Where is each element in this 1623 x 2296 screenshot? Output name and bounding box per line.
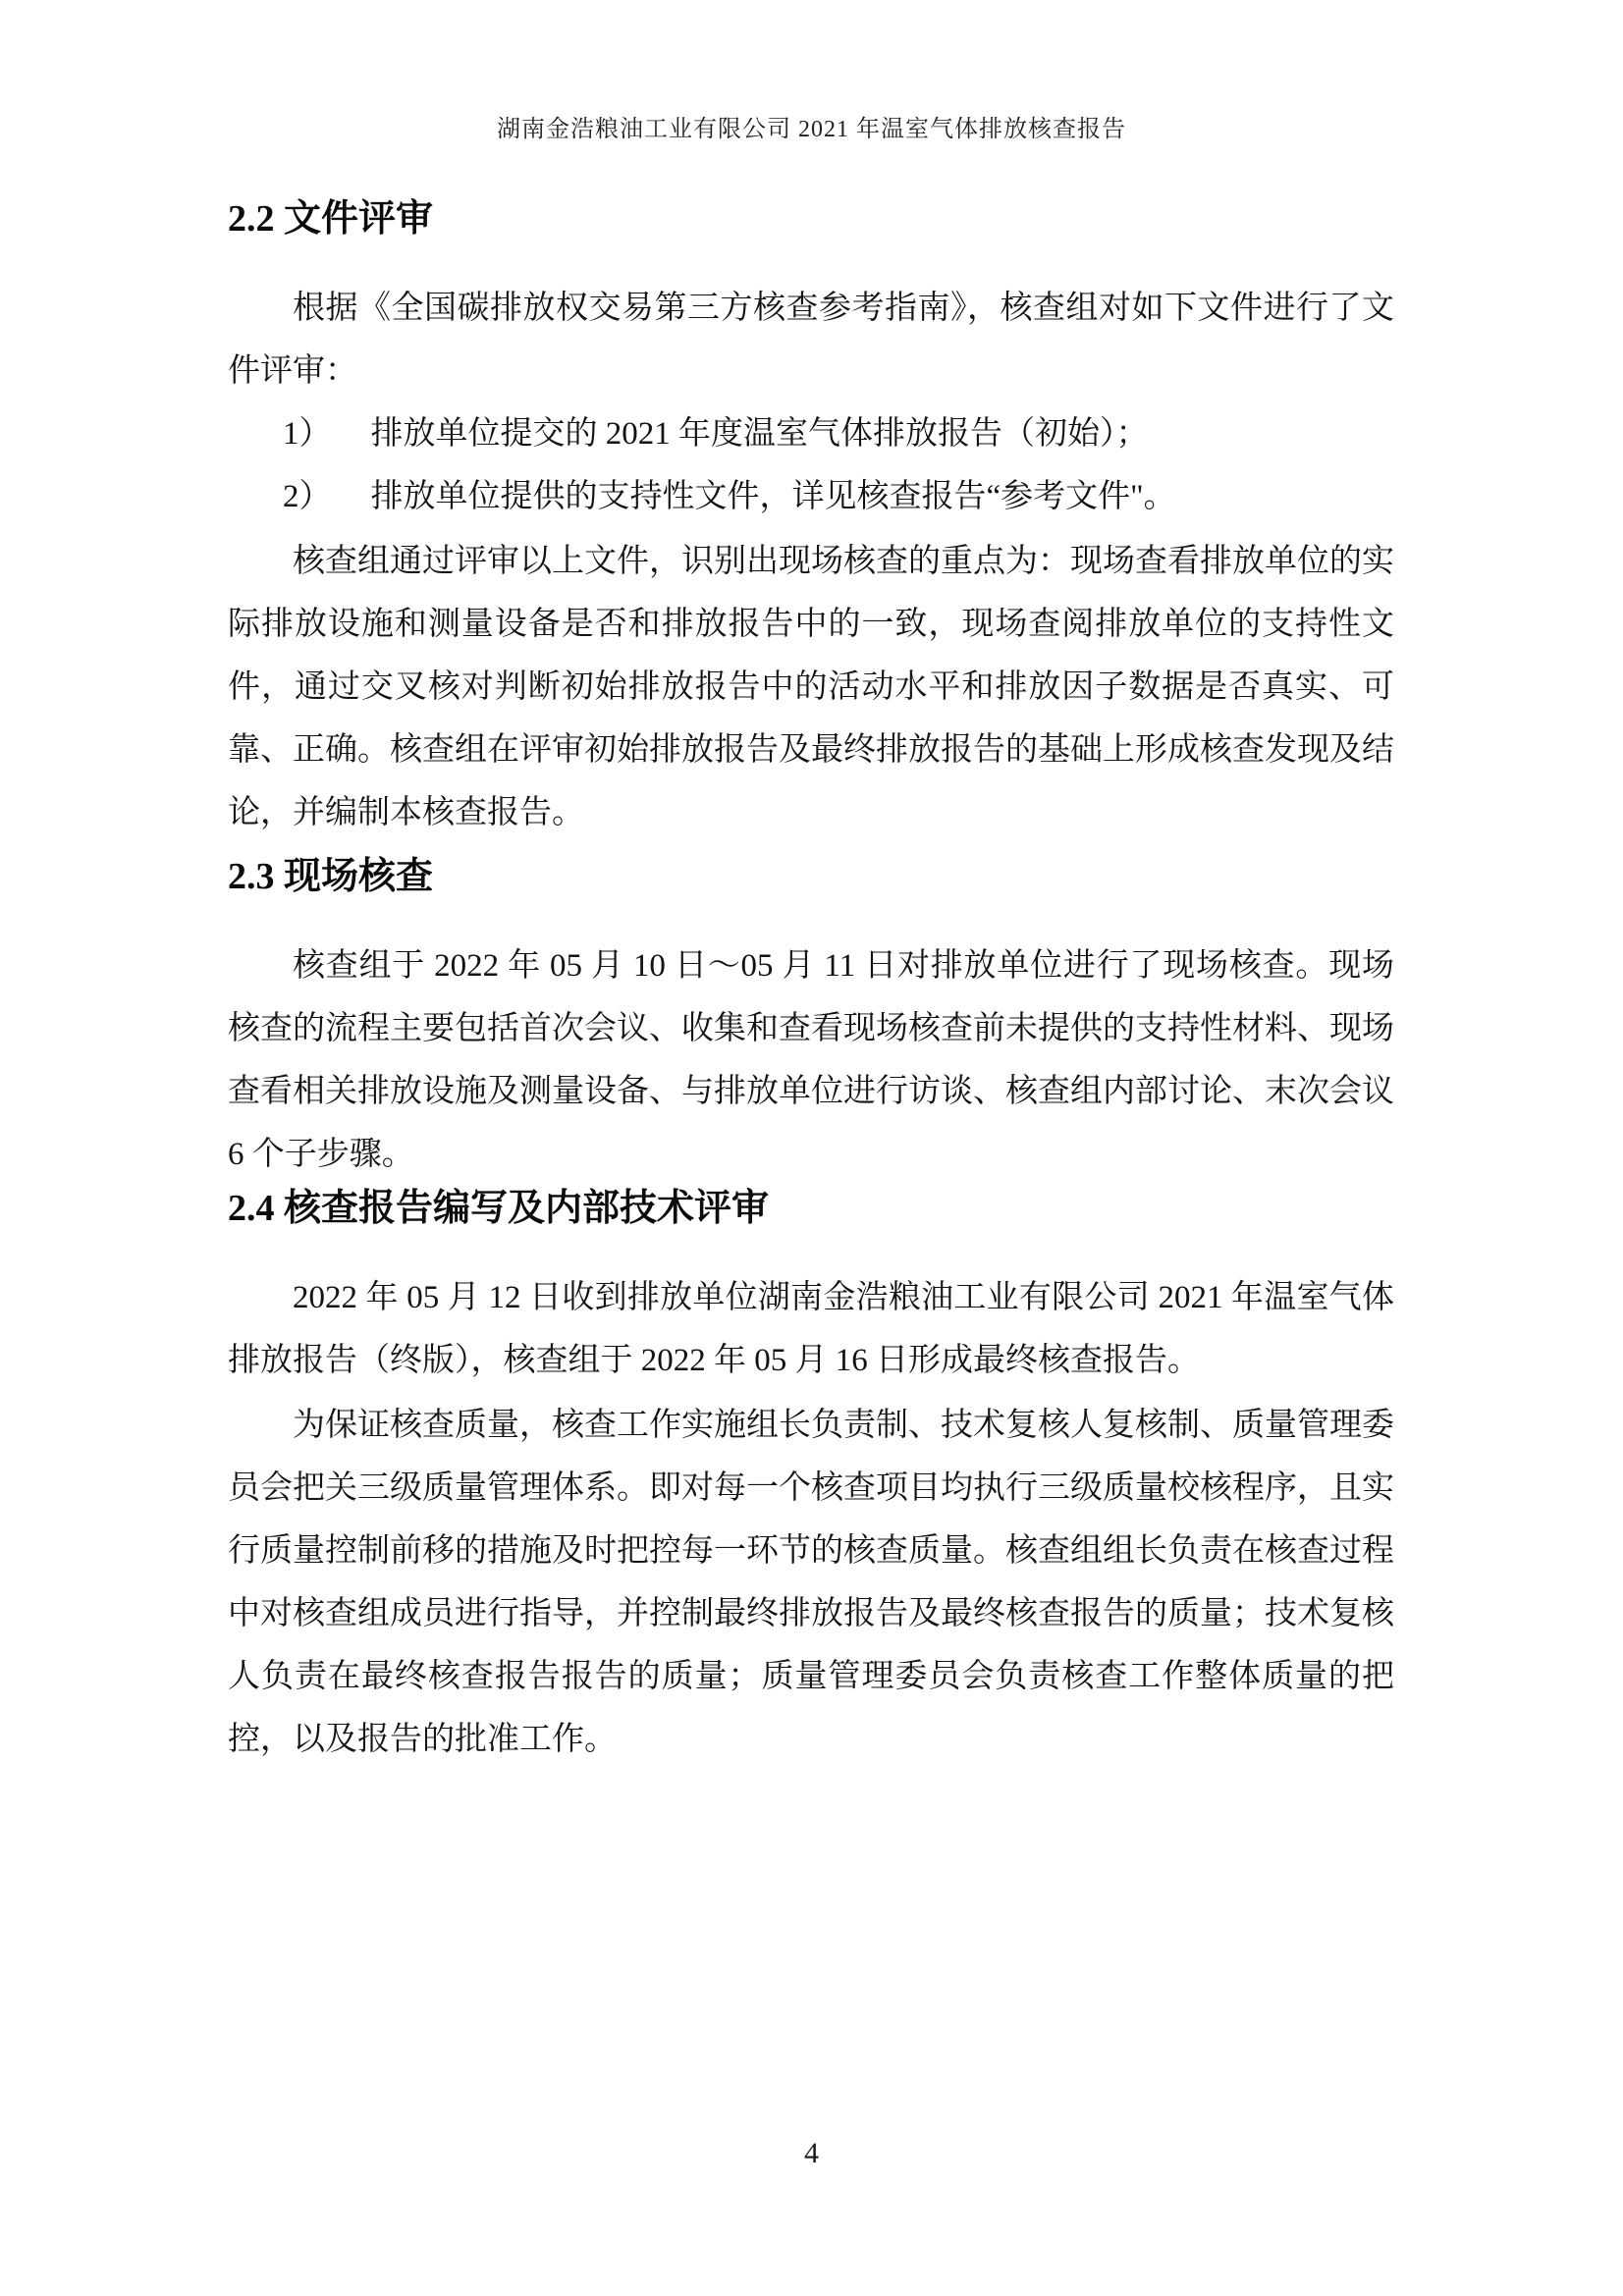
section-heading-2-3: 2.3 现场核查 bbox=[228, 852, 1394, 901]
section-heading-2-2: 2.2 文件评审 bbox=[228, 194, 1394, 243]
paragraph-report-received: 2022 年 05 月 12 日收到排放单位湖南金浩粮油工业有限公司 2021 … bbox=[228, 1266, 1394, 1392]
paragraph-site-visit: 核查组于 2022 年 05 月 10 日～05 月 11 日对排放单位进行了现… bbox=[228, 934, 1394, 1186]
list-item: 2）排放单位提供的支持性文件，详见核查报告“参考文件"。 bbox=[228, 465, 1394, 528]
document-page: 湖南金浩粮油工业有限公司 2021 年温室气体排放核查报告 2.2 文件评审 根… bbox=[0, 0, 1623, 2296]
paragraph-file-review-result: 核查组通过评审以上文件，识别出现场核查的重点为：现场查看排放单位的实际排放设施和… bbox=[228, 530, 1394, 844]
paragraph-file-review-intro: 根据《全国碳排放权交易第三方核查参考指南》，核查组对如下文件进行了文件评审： bbox=[228, 277, 1394, 402]
list-item-text: 排放单位提交的 2021 年度温室气体排放报告（初始）； bbox=[371, 416, 1149, 452]
list-item-marker: 2） bbox=[283, 465, 332, 528]
list-item-text: 排放单位提供的支持性文件，详见核查报告“参考文件"。 bbox=[371, 479, 1176, 514]
list-item: 1）排放单位提交的 2021 年度温室气体排放报告（初始）； bbox=[228, 402, 1394, 465]
page-header-title: 湖南金浩粮油工业有限公司 2021 年温室气体排放核查报告 bbox=[0, 114, 1623, 145]
list-item-marker: 1） bbox=[283, 402, 332, 465]
section-heading-2-4: 2.4 核查报告编写及内部技术评审 bbox=[228, 1184, 1394, 1233]
reviewed-documents-list: 1）排放单位提交的 2021 年度温室气体排放报告（初始）； 2）排放单位提供的… bbox=[228, 402, 1394, 528]
page-number: 4 bbox=[0, 2136, 1623, 2171]
paragraph-quality-control: 为保证核查质量，核查工作实施组长负责制、技术复核人复核制、质量管理委员会把关三级… bbox=[228, 1394, 1394, 1771]
